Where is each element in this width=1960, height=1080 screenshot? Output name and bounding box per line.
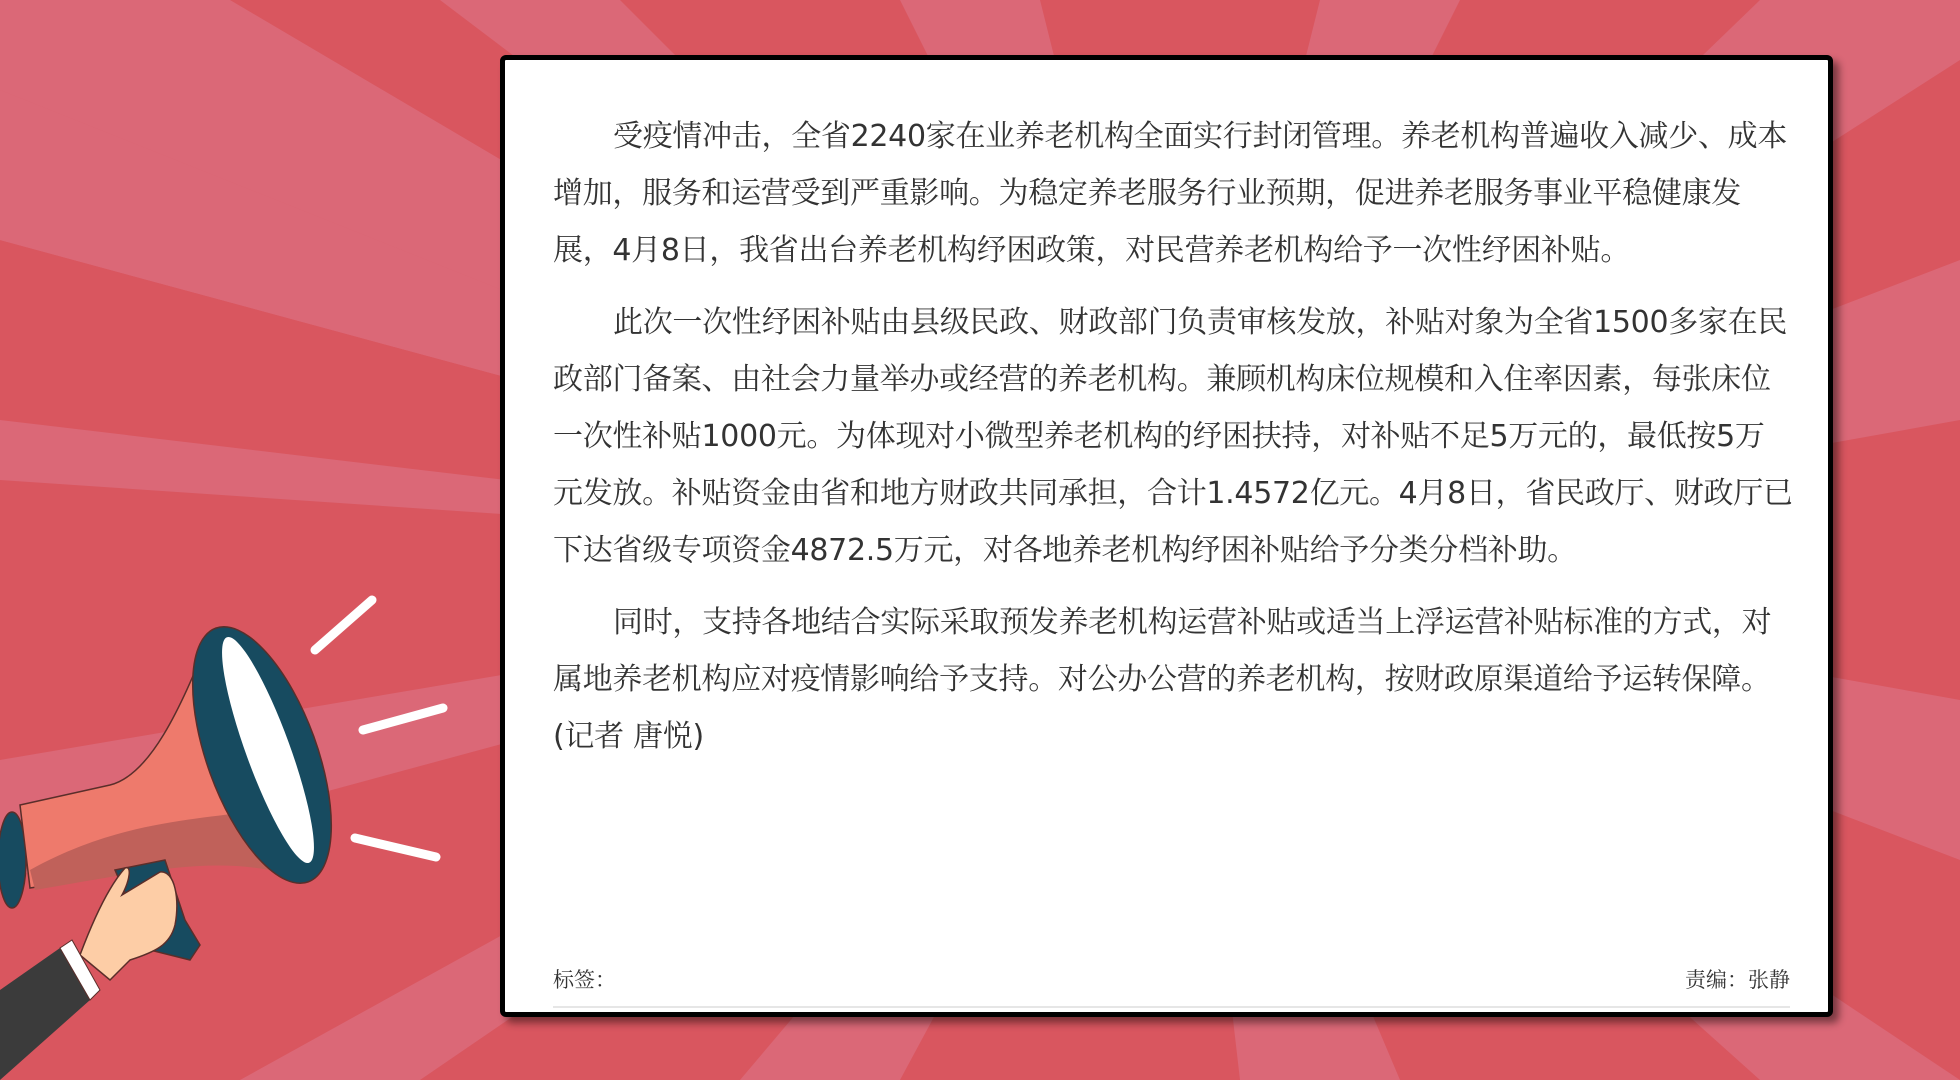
- article-footer: 标签： 责编：张静: [553, 956, 1790, 996]
- megaphone-icon: [0, 609, 360, 1080]
- article-paragraph: 受疫情冲击，全省2240家在业养老机构全面实行封闭管理。养老机构普遍收入减少、成…: [553, 108, 1793, 279]
- article-paragraph: 同时，支持各地结合实际采取预发养老机构运营补贴或适当上浮运营补贴标准的方式，对属…: [553, 594, 1793, 765]
- footer-divider: [553, 1006, 1790, 1008]
- article-paragraph: 此次一次性纾困补贴由县级民政、财政部门负责审核发放，补贴对象为全省1500多家在…: [553, 294, 1793, 579]
- tags-label: 标签：: [553, 964, 616, 994]
- megaphone-illustration: [0, 570, 480, 1080]
- sound-lines-icon: [315, 600, 443, 857]
- editor-label: 责编：张静: [1685, 964, 1790, 994]
- article-card: 受疫情冲击，全省2240家在业养老机构全面实行封闭管理。养老机构普遍收入减少、成…: [500, 55, 1833, 1017]
- article-body: 受疫情冲击，全省2240家在业养老机构全面实行封闭管理。养老机构普遍收入减少、成…: [553, 108, 1793, 780]
